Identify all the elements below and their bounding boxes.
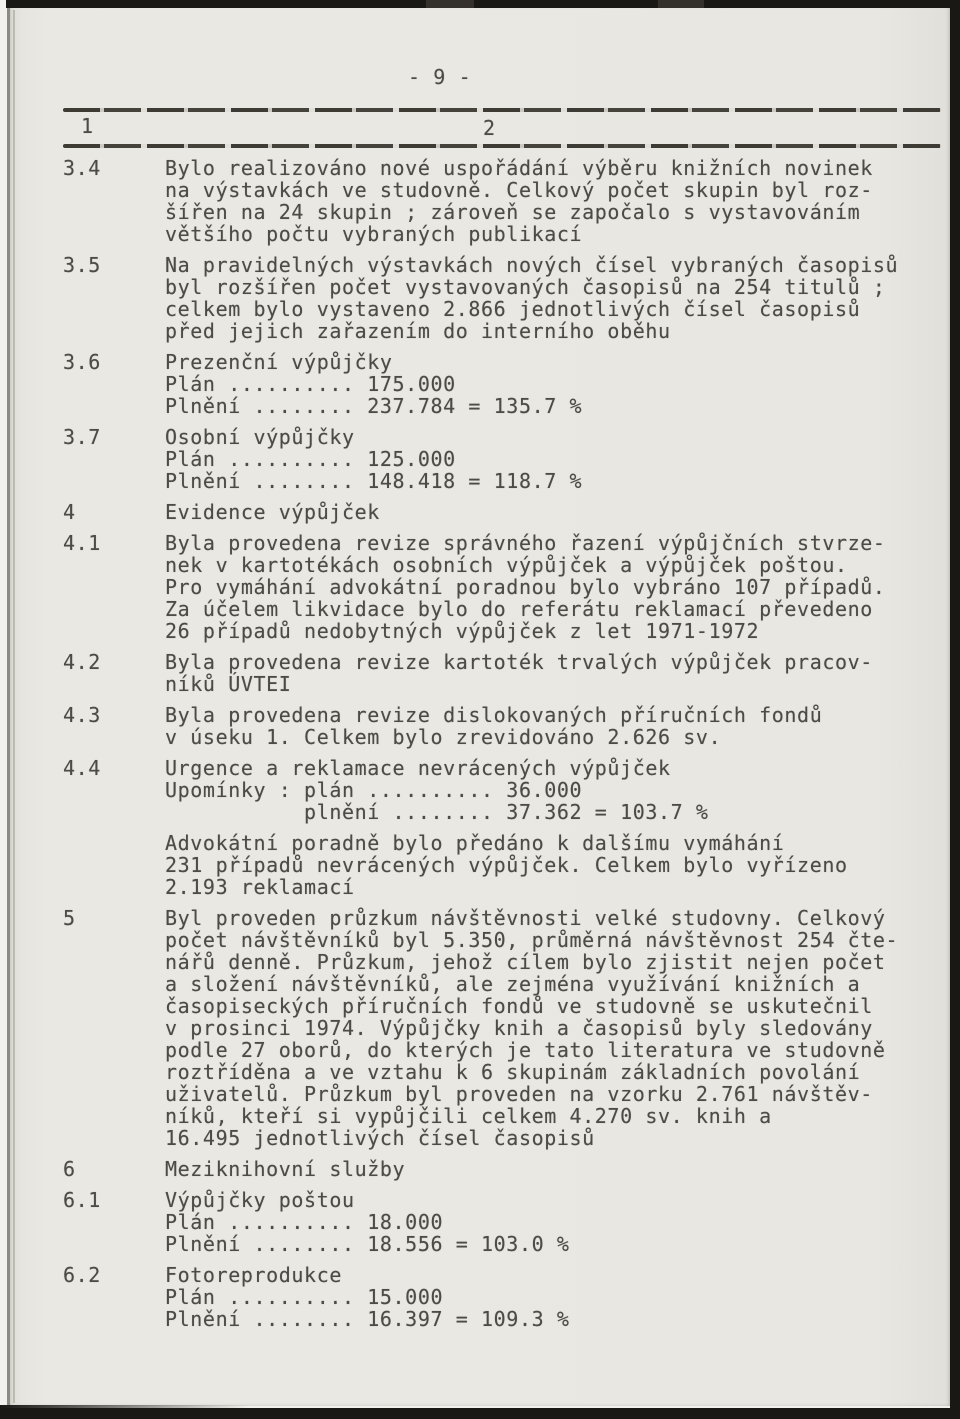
- section-number: 3.4: [63, 157, 165, 245]
- section-text: Bylo realizováno nové uspořádání výběru …: [165, 157, 873, 245]
- section-item: 4.2 Byla provedena revize kartoték trval…: [63, 651, 941, 695]
- section-number: 3.7: [63, 426, 165, 492]
- section-item: 4.4 Urgence a reklamace nevrácených výpů…: [63, 757, 941, 823]
- section-item: 6 Meziknihovní služby: [63, 1158, 941, 1180]
- table-column-2-label: 2: [483, 117, 496, 139]
- page-left-edge: [7, 6, 10, 1406]
- section-text: Evidence výpůjček: [165, 501, 380, 523]
- section-text: Byla provedena revize kartoték trvalých …: [165, 651, 873, 695]
- section-text: Prezenční výpůjčky Plán .......... 175.0…: [165, 351, 582, 417]
- section-item: 4 Evidence výpůjček: [63, 501, 941, 523]
- section-number: 4: [63, 501, 165, 523]
- section-item: 6.2 Fotoreprodukce Plán .......... 15.00…: [63, 1264, 941, 1330]
- section-item: 4.1 Byla provedena revize správného řaze…: [63, 532, 941, 642]
- table-header-row: 1 2: [63, 112, 941, 144]
- section-item: 3.4 Bylo realizováno nové uspořádání výb…: [63, 157, 941, 245]
- table-column-1-label: 1: [81, 115, 94, 137]
- section-number: 4.3: [63, 704, 165, 748]
- section-number: 4.1: [63, 532, 165, 642]
- section-item: 3.5 Na pravidelných výstavkách nových čí…: [63, 254, 941, 342]
- sections-list: 3.4 Bylo realizováno nové uspořádání výb…: [63, 157, 941, 1330]
- section-text: Meziknihovní služby: [165, 1158, 405, 1180]
- section-number: 6.2: [63, 1264, 165, 1330]
- scan-edge-bottom-taper: [0, 1405, 250, 1408]
- section-text: Urgence a reklamace nevrácených výpůjček…: [165, 757, 709, 823]
- section-text: Na pravidelných výstavkách nových čísel …: [165, 254, 898, 342]
- section-text: Byla provedena revize správného řazení v…: [165, 532, 886, 642]
- section-number: 4.2: [63, 651, 165, 695]
- section-text: Výpůjčky poštou Plán .......... 18.000 P…: [165, 1189, 570, 1255]
- section-number: [63, 832, 165, 898]
- section-number: 3.6: [63, 351, 165, 417]
- page-left-edge-shadow: [13, 10, 15, 1403]
- section-item: 6.1 Výpůjčky poštou Plán .......... 18.0…: [63, 1189, 941, 1255]
- section-item: 5 Byl proveden průzkum návštěvnosti velk…: [63, 907, 941, 1149]
- scan-edge-gap: [658, 0, 704, 8]
- scanned-document-page: { "colors":{"paper":"#e9e7e1","ink":"#4e…: [0, 0, 960, 1419]
- section-number: 6.1: [63, 1189, 165, 1255]
- section-number: 3.5: [63, 254, 165, 342]
- section-text: Osobní výpůjčky Plán .......... 125.000 …: [165, 426, 582, 492]
- scan-edge-right: [950, 0, 960, 1419]
- scan-edge-bottom: [0, 1408, 960, 1419]
- section-number: 5: [63, 907, 165, 1149]
- section-text: Byla provedena revize dislokovaných přír…: [165, 704, 822, 748]
- section-number: 6: [63, 1158, 165, 1180]
- section-item: 3.7 Osobní výpůjčky Plán .......... 125.…: [63, 426, 941, 492]
- section-number: 4.4: [63, 757, 165, 823]
- section-text: Byl proveden průzkum návštěvnosti velké …: [165, 907, 898, 1149]
- document-content: - 9 - 1 2 3.4 Bylo realizováno nové uspo…: [63, 66, 941, 1339]
- section-item: 4.3 Byla provedena revize dislokovaných …: [63, 704, 941, 748]
- section-text: Fotoreprodukce Plán .......... 15.000 Pl…: [165, 1264, 570, 1330]
- section-item: Advokátní poradně bylo předáno k dalšímu…: [63, 832, 941, 898]
- page-number: - 9 -: [408, 66, 941, 88]
- scan-edge-gap: [426, 0, 474, 8]
- scan-edge-top: [6, 0, 960, 8]
- section-item: 3.6 Prezenční výpůjčky Plán .......... 1…: [63, 351, 941, 417]
- section-text: Advokátní poradně bylo předáno k dalšímu…: [165, 832, 848, 898]
- table-rule-bottom: [63, 144, 941, 148]
